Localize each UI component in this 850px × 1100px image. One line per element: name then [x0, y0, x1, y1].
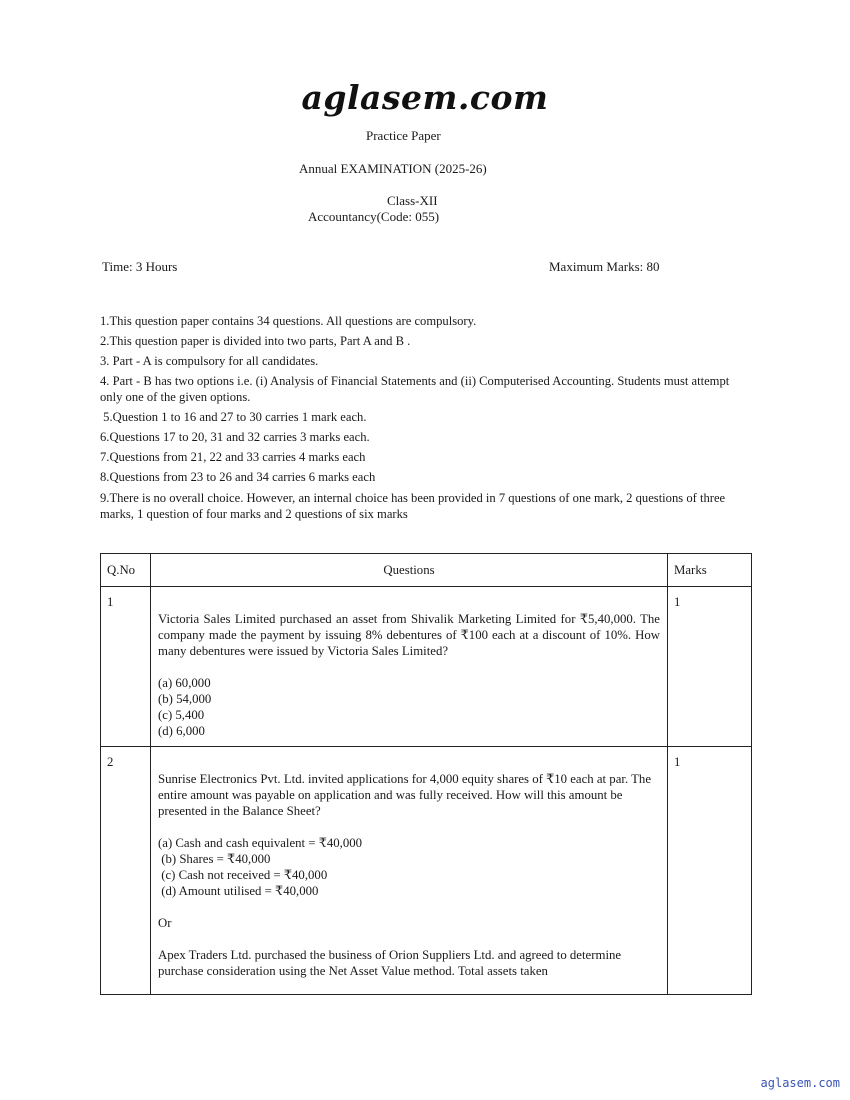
or-label: Or	[158, 915, 660, 931]
header-qno: Q.No	[101, 554, 151, 587]
option-d: (d) Amount utilised = ₹40,000	[158, 883, 660, 899]
instruction-2: 2.This question paper is divided into tw…	[100, 334, 750, 350]
time-allowed: Time: 3 Hours	[102, 259, 177, 275]
question-number: 2	[101, 747, 151, 995]
option-b: (b) Shares = ₹40,000	[158, 851, 660, 867]
questions-table: Q.No Questions Marks 1 Victoria Sales Li…	[100, 553, 752, 995]
question-text: Sunrise Electronics Pvt. Ltd. invited ap…	[158, 771, 660, 819]
paper-type: Practice Paper	[366, 128, 441, 144]
instruction-5: 5.Question 1 to 16 and 27 to 30 carries …	[100, 410, 750, 426]
option-a: (a) Cash and cash equivalent = ₹40,000	[158, 835, 660, 851]
alternative-question-text: Apex Traders Ltd. purchased the business…	[158, 947, 660, 979]
option-c: (c) Cash not received = ₹40,000	[158, 867, 660, 883]
header-questions: Questions	[151, 554, 668, 587]
option-c: (c) 5,400	[158, 707, 660, 723]
option-d: (d) 6,000	[158, 723, 660, 739]
footer-watermark[interactable]: aglasem.com	[761, 1076, 840, 1090]
instruction-7: 7.Questions from 21, 22 and 33 carries 4…	[100, 450, 750, 466]
exam-title: Annual EXAMINATION (2025-26)	[299, 161, 487, 177]
instruction-4: 4. Part - B has two options i.e. (i) Ana…	[100, 374, 750, 405]
option-a: (a) 60,000	[158, 675, 660, 691]
question-options: (a) 60,000 (b) 54,000 (c) 5,400 (d) 6,00…	[158, 675, 660, 739]
class-label: Class-XII	[387, 193, 438, 209]
subject-label: Accountancy(Code: 055)	[308, 209, 439, 225]
table-row: 1 Victoria Sales Limited purchased an as…	[101, 587, 752, 747]
maximum-marks: Maximum Marks: 80	[549, 259, 660, 275]
question-options: (a) Cash and cash equivalent = ₹40,000 (…	[158, 835, 660, 899]
question-text: Victoria Sales Limited purchased an asse…	[158, 611, 660, 659]
table-header-row: Q.No Questions Marks	[101, 554, 752, 587]
question-number: 1	[101, 587, 151, 747]
question-marks: 1	[668, 587, 752, 747]
site-logo: aglasem.com	[0, 78, 850, 117]
instruction-8: 8.Questions from 23 to 26 and 34 carries…	[100, 470, 750, 486]
header-marks: Marks	[668, 554, 752, 587]
question-cell: Sunrise Electronics Pvt. Ltd. invited ap…	[151, 747, 668, 995]
question-cell: Victoria Sales Limited purchased an asse…	[151, 587, 668, 747]
instruction-9: 9.There is no overall choice. However, a…	[100, 491, 750, 522]
table-row: 2 Sunrise Electronics Pvt. Ltd. invited …	[101, 747, 752, 995]
instruction-3: 3. Part - A is compulsory for all candid…	[100, 354, 750, 370]
option-b: (b) 54,000	[158, 691, 660, 707]
question-marks: 1	[668, 747, 752, 995]
instruction-6: 6.Questions 17 to 20, 31 and 32 carries …	[100, 430, 750, 446]
instruction-1: 1.This question paper contains 34 questi…	[100, 314, 750, 330]
